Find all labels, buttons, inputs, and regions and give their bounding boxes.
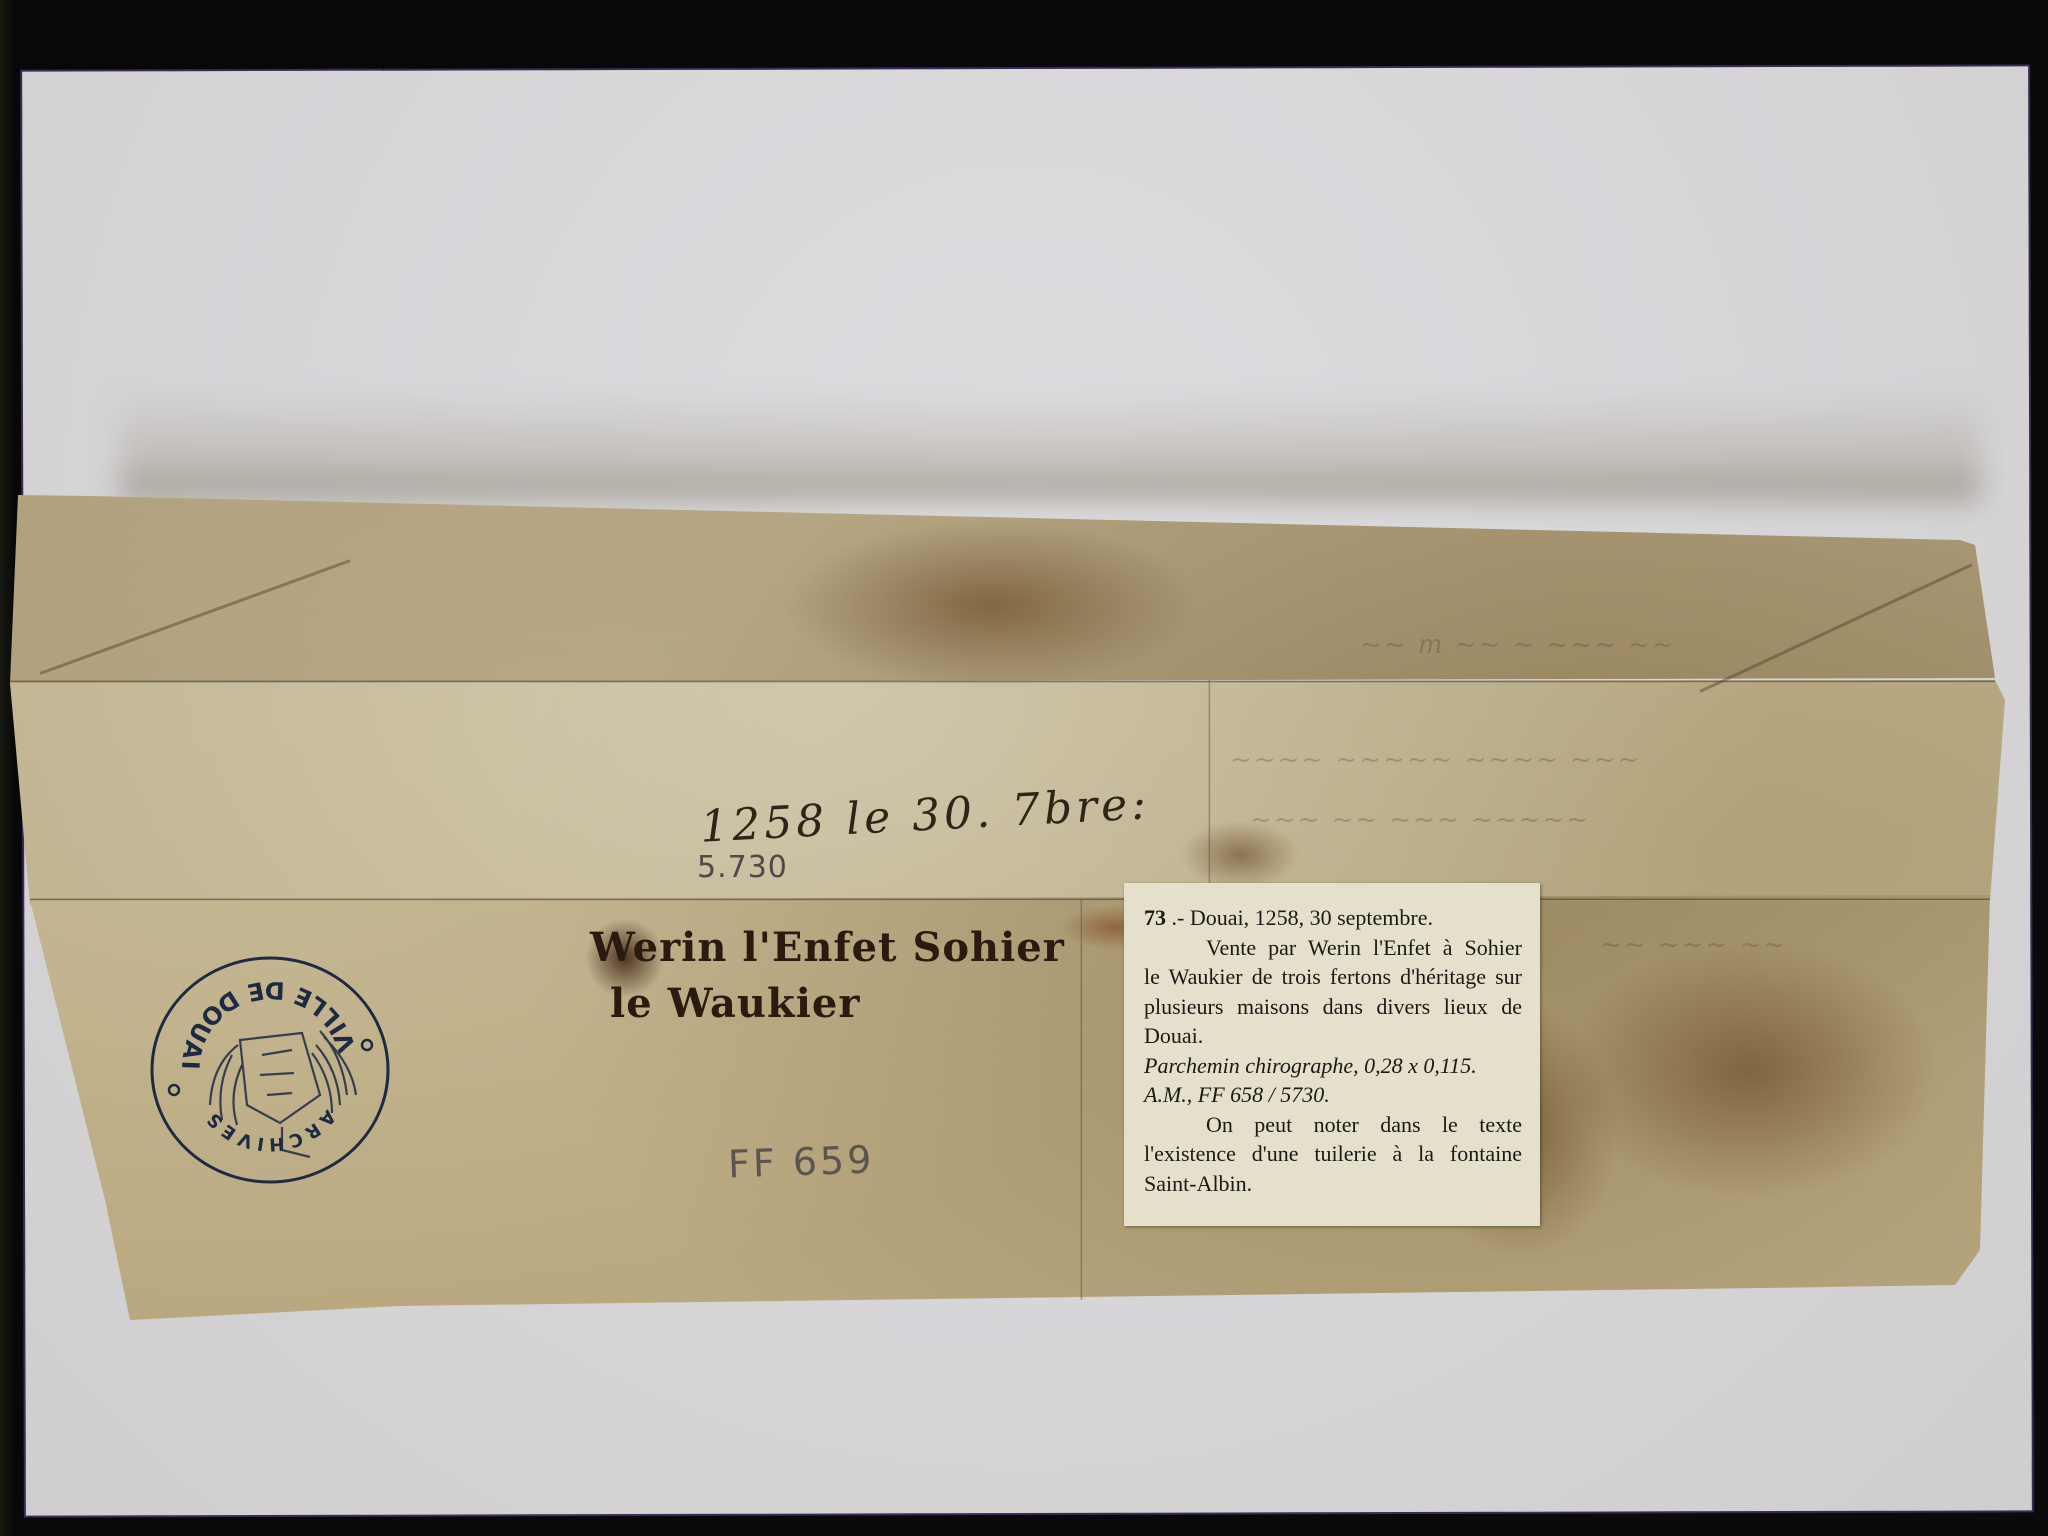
label-note-first-line: On peut noter dans le texte (1144, 1110, 1522, 1140)
medieval-endorsement: Werin l'Enfet Sohier le Waukier (590, 920, 1065, 1032)
parchment-document: ~~ m ~~ ~ ~~~ ~~ ~~~~ ~~~~~ ~~~~ ~~~ ~~~… (0, 0, 2048, 1536)
label-note: l'existence d'une tuilerie à la fontaine… (1144, 1139, 1522, 1198)
museum-label-card: 73 .- Douai, 1258, 30 septembre. Vente p… (1124, 883, 1540, 1226)
label-heading-text: .- Douai, 1258, 30 septembre. (1172, 905, 1434, 930)
bleed-through-writing: ~~ ~~~ ~~ (1600, 930, 1787, 960)
bleed-through-writing: ~~ m ~~ ~ ~~~ ~~ (1360, 630, 1676, 660)
city-arms-icon: VILLE DE DOUAI ARCHIVES (142, 945, 398, 1195)
label-summary: le Waukier de trois fertons d'héritage s… (1144, 962, 1522, 1051)
endorsement-line-2: le Waukier (590, 976, 1065, 1032)
endorsement-line-1: Werin l'Enfet Sohier (590, 924, 1065, 971)
label-number: 73 (1144, 905, 1166, 930)
svg-text:VILLE DE DOUAI: VILLE DE DOUAI (176, 976, 362, 1074)
label-material: Parchemin chirographe, 0,28 x 0,115. (1144, 1051, 1522, 1081)
stain (780, 520, 1200, 690)
label-heading: 73 .- Douai, 1258, 30 septembre. (1144, 903, 1522, 933)
shelf-mark: FF 659 (727, 1137, 875, 1186)
vertical-fold-lower (1080, 900, 1083, 1300)
horizontal-fold-lower (30, 898, 1990, 901)
bleed-through-writing: ~~~ ~~ ~~~ ~~~~~ (1250, 805, 1590, 835)
archive-stamp: VILLE DE DOUAI ARCHIVES (142, 945, 398, 1195)
bleed-through-writing: ~~~~ ~~~~~ ~~~~ ~~~ (1230, 745, 1641, 775)
label-reference: A.M., FF 658 / 5730. (1144, 1080, 1522, 1110)
stamp-outer-text: VILLE DE DOUAI (176, 976, 362, 1074)
label-summary-first-line: Vente par Werin l'Enfet à Sohier (1144, 933, 1522, 963)
inventory-number: 5.730 (697, 850, 788, 885)
